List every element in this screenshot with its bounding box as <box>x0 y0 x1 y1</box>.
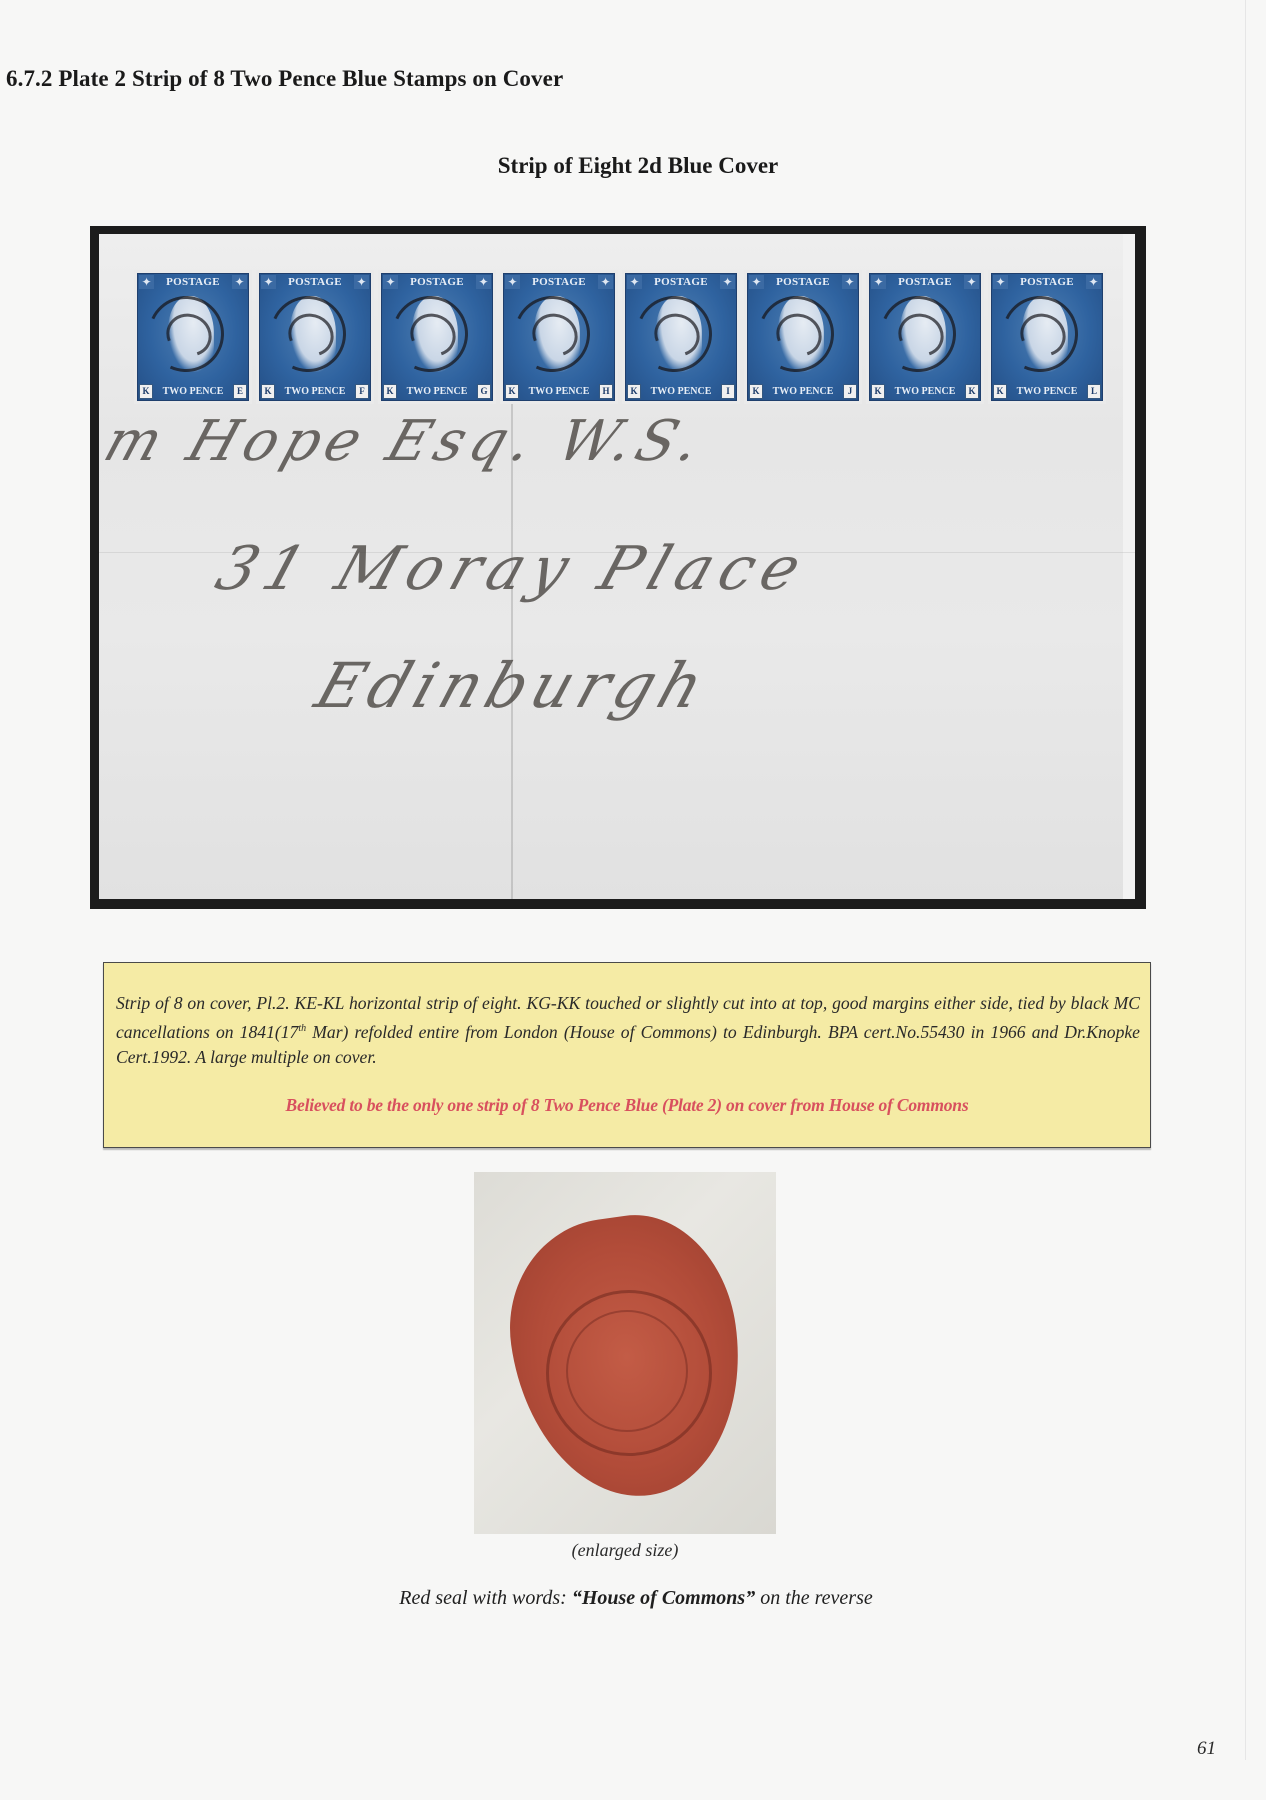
star-icon: ✦ <box>749 275 764 289</box>
stamp-postage-label: POSTAGE <box>766 276 840 288</box>
address-line: Edinburgh <box>307 649 718 722</box>
check-letter: K <box>993 384 1007 399</box>
check-letter: G <box>477 384 491 399</box>
check-letter: K <box>627 384 641 399</box>
star-icon: ✦ <box>627 275 642 289</box>
seal-caption: (enlarged size) <box>474 1540 776 1561</box>
stamp-postage-label: POSTAGE <box>400 276 474 288</box>
star-icon: ✦ <box>842 275 857 289</box>
check-letter: K <box>383 384 397 399</box>
star-icon: ✦ <box>261 275 276 289</box>
check-letter: H <box>599 384 613 399</box>
cover-paper: ✦POSTAGE✦KTWO PENCEE✦POSTAGE✦KTWO PENCEF… <box>99 234 1135 899</box>
star-icon: ✦ <box>1086 275 1101 289</box>
page-number: 61 <box>1197 1738 1216 1760</box>
description-box: Strip of 8 on cover, Pl.2. KE-KL horizon… <box>103 962 1151 1148</box>
check-letter: K <box>261 384 275 399</box>
section-title: 6.7.2 Plate 2 Strip of 8 Two Pence Blue … <box>6 66 563 92</box>
stamp-value-label: TWO PENCE <box>407 386 468 397</box>
cover-photo: ✦POSTAGE✦KTWO PENCEE✦POSTAGE✦KTWO PENCEF… <box>90 226 1146 909</box>
check-letter: F <box>355 384 369 399</box>
stamp: ✦POSTAGE✦KTWO PENCEL <box>988 270 1106 404</box>
star-icon: ✦ <box>720 275 735 289</box>
seal-description: Red seal with words: “House of Commons” … <box>0 1587 1266 1610</box>
stamp-postage-label: POSTAGE <box>278 276 352 288</box>
star-icon: ✦ <box>964 275 979 289</box>
stamp: ✦POSTAGE✦KTWO PENCEG <box>378 270 496 404</box>
check-letter: K <box>505 384 519 399</box>
check-letter: I <box>721 384 735 399</box>
star-icon: ✦ <box>598 275 613 289</box>
check-letter: K <box>749 384 763 399</box>
description-highlight: Believed to be the only one strip of 8 T… <box>104 1095 1150 1116</box>
stamp: ✦POSTAGE✦KTWO PENCEK <box>866 270 984 404</box>
stamp-postage-label: POSTAGE <box>156 276 230 288</box>
stamp: ✦POSTAGE✦KTWO PENCEJ <box>744 270 862 404</box>
stamp-postage-label: POSTAGE <box>888 276 962 288</box>
stamp-value-label: TWO PENCE <box>651 386 712 397</box>
stamp: ✦POSTAGE✦KTWO PENCEE <box>134 270 252 404</box>
address-line: 31 Moray Place <box>208 534 818 604</box>
stamp-postage-label: POSTAGE <box>522 276 596 288</box>
stamp: ✦POSTAGE✦KTWO PENCEH <box>500 270 618 404</box>
star-icon: ✦ <box>505 275 520 289</box>
description-text: Strip of 8 on cover, Pl.2. KE-KL horizon… <box>116 991 1140 1070</box>
cover-title: Strip of Eight 2d Blue Cover <box>0 153 1266 179</box>
check-letter: J <box>843 384 857 399</box>
check-letter: K <box>965 384 979 399</box>
check-letter: L <box>1087 384 1101 399</box>
address-line: m Hope Esq. W.S. <box>99 409 715 474</box>
star-icon: ✦ <box>993 275 1008 289</box>
star-icon: ✦ <box>476 275 491 289</box>
check-letter: K <box>139 384 153 399</box>
stamp-strip: ✦POSTAGE✦KTWO PENCEE✦POSTAGE✦KTWO PENCEF… <box>134 270 1110 404</box>
check-letter: E <box>233 384 247 399</box>
stamp-value-label: TWO PENCE <box>285 386 346 397</box>
star-icon: ✦ <box>354 275 369 289</box>
stamp-value-label: TWO PENCE <box>529 386 590 397</box>
seal-photo <box>474 1172 776 1534</box>
check-letter: K <box>871 384 885 399</box>
stamp: ✦POSTAGE✦KTWO PENCEF <box>256 270 374 404</box>
star-icon: ✦ <box>139 275 154 289</box>
star-icon: ✦ <box>232 275 247 289</box>
page-edge <box>1245 0 1246 1760</box>
stamp-value-label: TWO PENCE <box>895 386 956 397</box>
stamp: ✦POSTAGE✦KTWO PENCEI <box>622 270 740 404</box>
stamp-value-label: TWO PENCE <box>1017 386 1078 397</box>
star-icon: ✦ <box>871 275 886 289</box>
stamp-postage-label: POSTAGE <box>644 276 718 288</box>
stamp-postage-label: POSTAGE <box>1010 276 1084 288</box>
stamp-value-label: TWO PENCE <box>163 386 224 397</box>
stamp-value-label: TWO PENCE <box>773 386 834 397</box>
star-icon: ✦ <box>383 275 398 289</box>
